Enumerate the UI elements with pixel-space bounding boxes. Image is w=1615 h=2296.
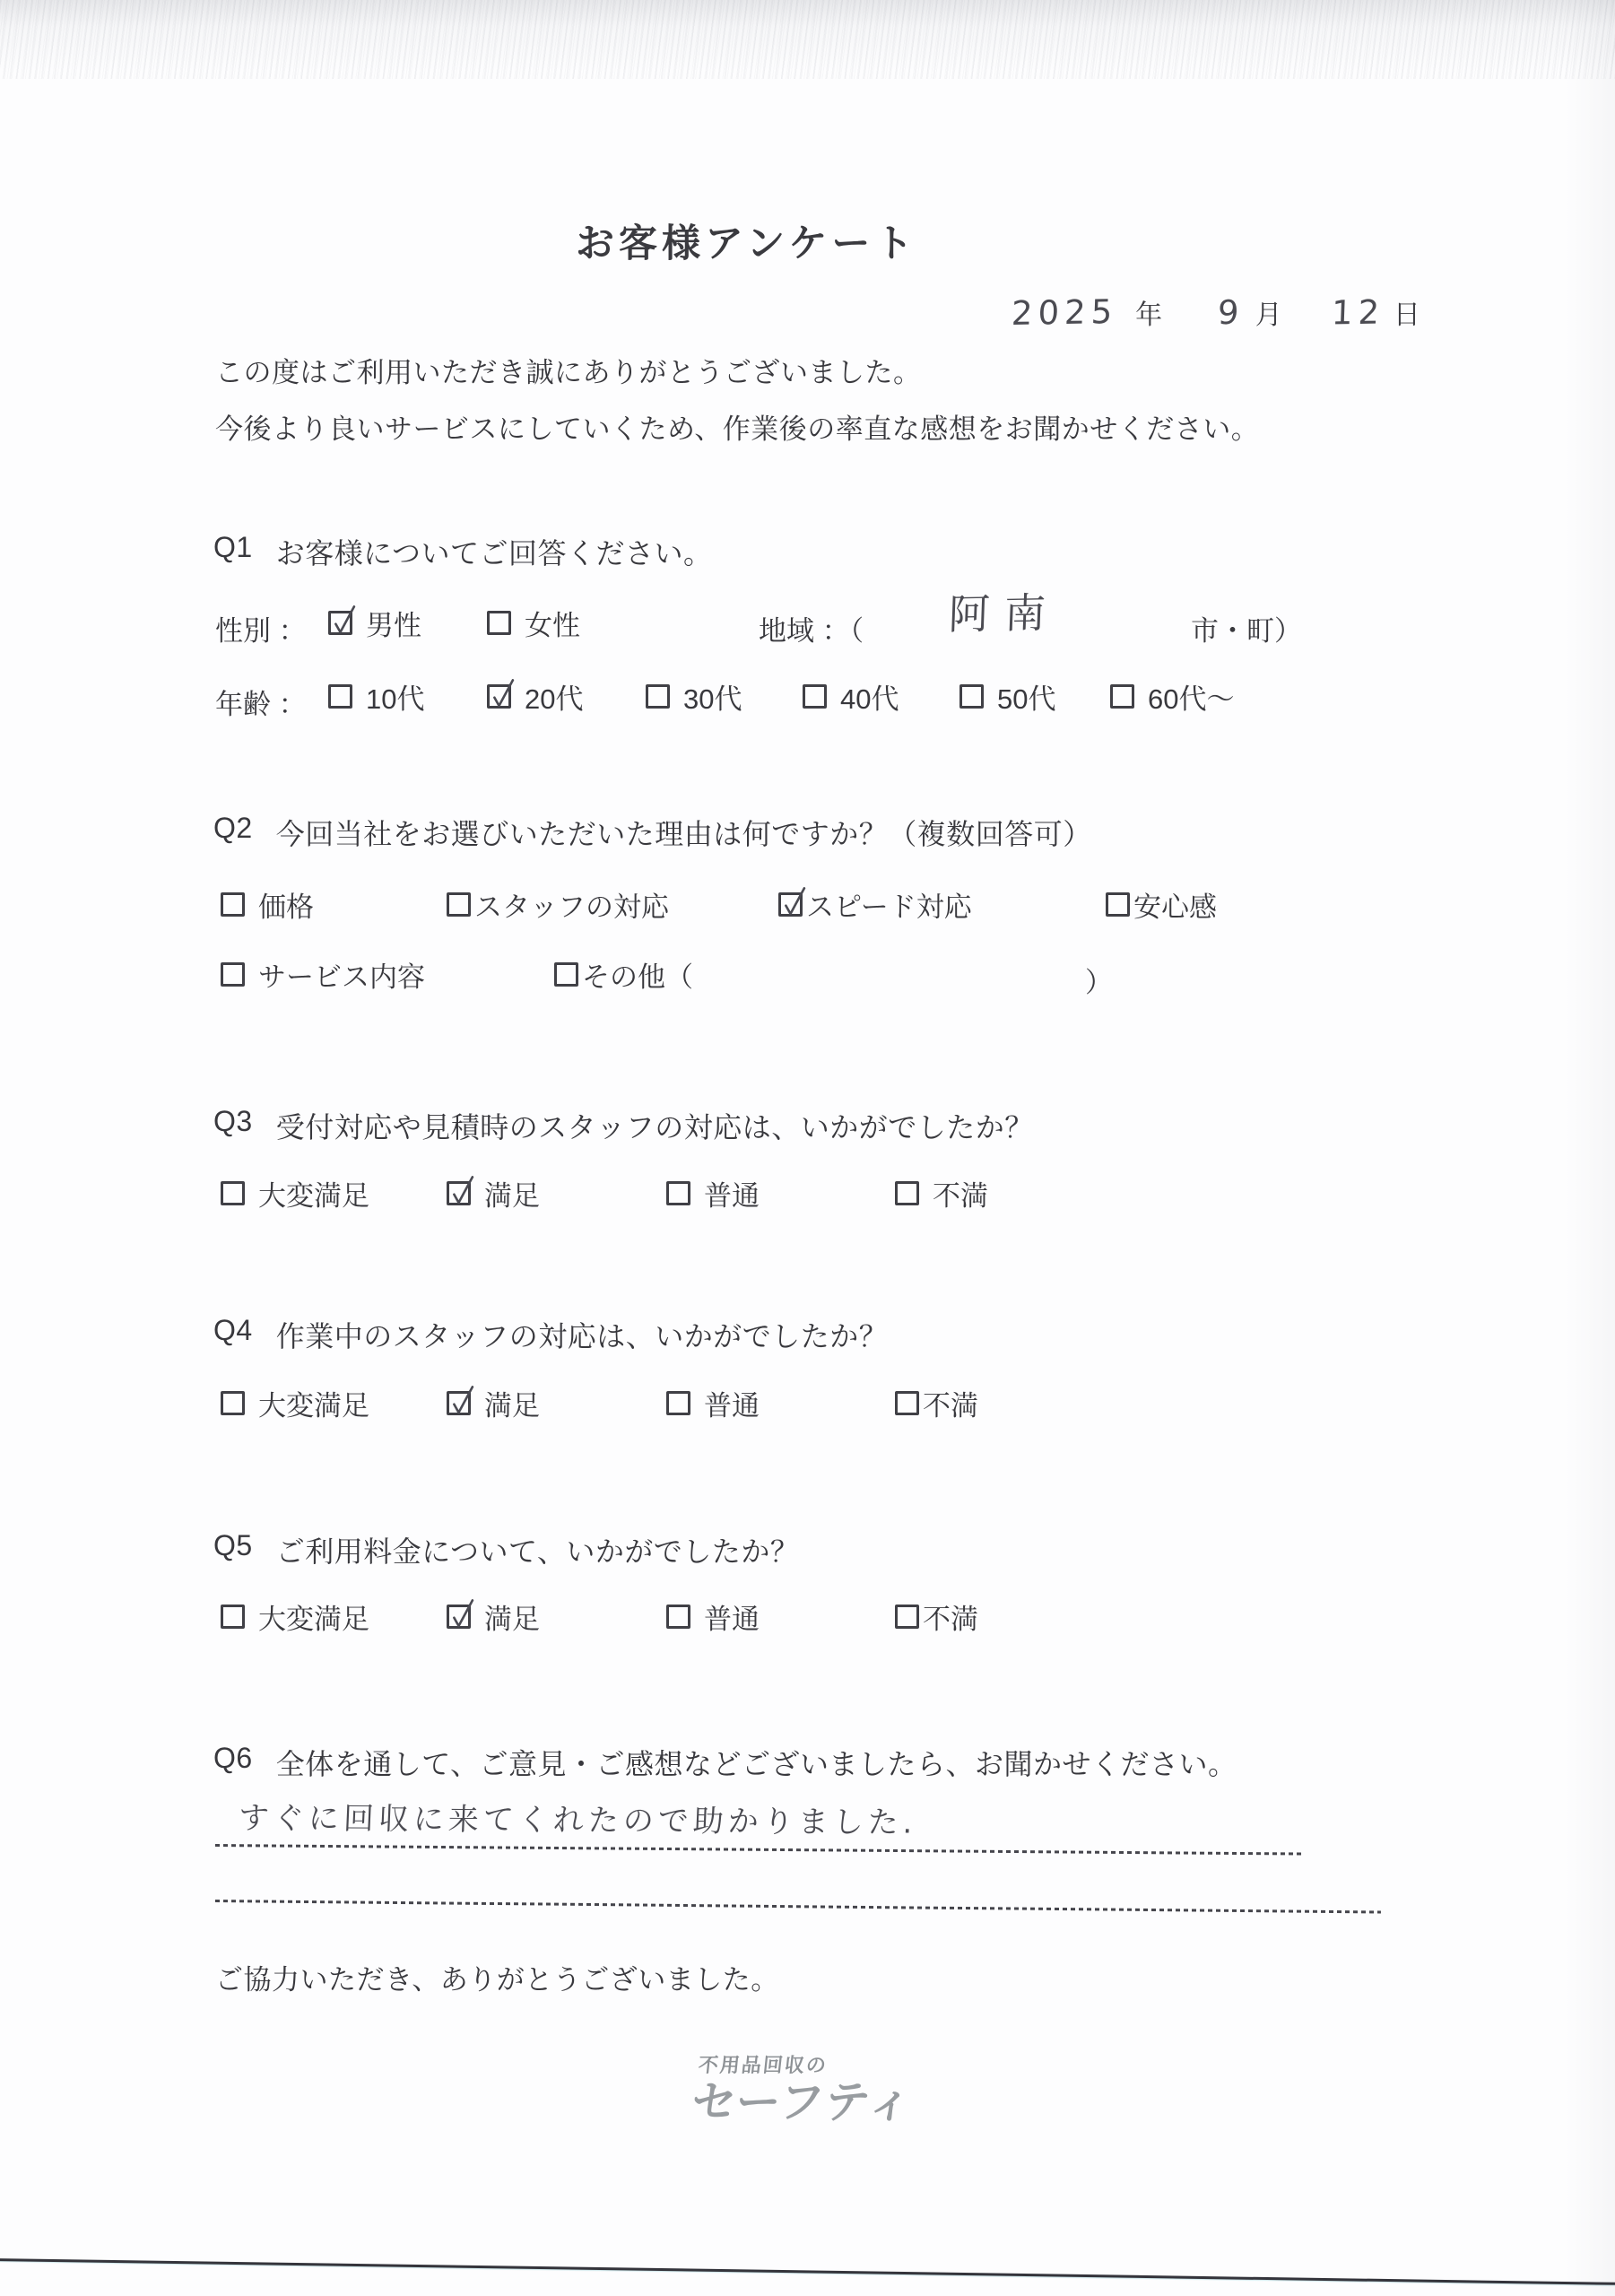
- q5-satisfied-label: 満足: [484, 1596, 540, 1637]
- scan-paper-edge: [0, 2258, 1615, 2285]
- q2-speed-checkbox[interactable]: [778, 892, 803, 917]
- page-title: お客様アンケート: [576, 213, 917, 268]
- q5-text: ご利用料金について、いかがでしたか？: [276, 1529, 800, 1570]
- q4-number: Q4: [213, 1314, 253, 1355]
- q5-option-satisfied: 満足: [447, 1596, 540, 1637]
- q2-option-trust: 安心感: [1106, 884, 1217, 925]
- q4-option-satisfied: 満足: [447, 1383, 540, 1423]
- q6-answer-line-2[interactable]: [215, 1900, 1381, 1913]
- q3-very-satisfied-checkbox[interactable]: [221, 1181, 245, 1205]
- q3-option-dissatisfied: 不満: [895, 1173, 988, 1213]
- q3-dissatisfied-checkbox[interactable]: [895, 1181, 919, 1205]
- q5-dissatisfied-checkbox[interactable]: [895, 1605, 919, 1629]
- checkmark-icon: [327, 604, 360, 640]
- q6-handwritten-answer: すぐに回収に来てくれたので助かりました.: [238, 1793, 918, 1841]
- date-month-value: 9: [1217, 293, 1245, 333]
- closing-text: ご協力いただき、ありがとうございました。: [215, 1957, 779, 1997]
- q5-heading: Q5 ご利用料金について、いかがでしたか？: [213, 1529, 799, 1570]
- q2-heading: Q2 今回当社をお選びいただいた理由は何ですか？（複数回答可）: [213, 812, 1092, 853]
- q6-heading: Q6 全体を通して、ご意見・ご感想などございましたら、お聞かせください。: [213, 1742, 1237, 1783]
- date-year-value: 2025: [1011, 292, 1118, 333]
- age-label: 年齢 ：: [215, 682, 307, 722]
- q4-dissatisfied-label: 不満: [923, 1383, 978, 1423]
- q4-text: 作業中のスタッフの対応は、いかがでしたか？: [276, 1314, 889, 1355]
- q2-option-price: 価格: [221, 884, 314, 925]
- age-40s-checkbox[interactable]: [803, 684, 827, 709]
- q2-number: Q2: [213, 812, 253, 853]
- q6-number: Q6: [213, 1742, 253, 1783]
- q5-satisfied-checkbox[interactable]: [447, 1605, 471, 1629]
- q3-option-satisfied: 満足: [447, 1173, 540, 1213]
- q2-other-label: その他（: [582, 954, 693, 995]
- q3-option-neutral: 普通: [666, 1173, 760, 1213]
- age-20s-label: 20代: [525, 676, 583, 717]
- survey-date: 2025 年 9 月 12 日: [1012, 292, 1420, 332]
- q2-staff-label: スタッフの対応: [474, 884, 669, 925]
- q3-dissatisfied-label: 不満: [933, 1173, 988, 1213]
- date-day-value: 12: [1331, 292, 1385, 332]
- age-40s-label: 40代: [840, 676, 899, 717]
- q3-satisfied-label: 満足: [484, 1173, 540, 1213]
- q5-neutral-checkbox[interactable]: [666, 1605, 690, 1629]
- q4-heading: Q4 作業中のスタッフの対応は、いかがでしたか？: [213, 1314, 888, 1355]
- q5-dissatisfied-label: 不満: [923, 1596, 978, 1637]
- q5-option-neutral: 普通: [666, 1596, 760, 1637]
- q2-price-label: 価格: [258, 884, 314, 925]
- q2-staff-checkbox[interactable]: [447, 892, 471, 917]
- q4-very-satisfied-checkbox[interactable]: [221, 1391, 245, 1415]
- q3-neutral-checkbox[interactable]: [666, 1181, 690, 1205]
- age-option-50s: 50代: [959, 676, 1055, 717]
- checkmark-icon: [777, 885, 811, 922]
- age-50s-label: 50代: [997, 676, 1055, 717]
- scan-noise-band: [0, 0, 1615, 79]
- intro-line-2: 今後より良いサービスにしていくため、作業後の率直な感想をお聞かせください。: [215, 406, 1259, 447]
- q5-very-satisfied-checkbox[interactable]: [221, 1605, 245, 1629]
- q3-number: Q3: [213, 1105, 253, 1146]
- q3-text: 受付対応や見積時のスタッフの対応は、いかがでしたか？: [276, 1105, 1034, 1146]
- q2-trust-label: 安心感: [1133, 884, 1217, 925]
- q2-option-staff: スタッフの対応: [447, 884, 669, 925]
- q2-speed-label: スピード対応: [806, 884, 972, 925]
- age-50s-checkbox[interactable]: [959, 684, 984, 709]
- age-option-40s: 40代: [803, 676, 899, 717]
- q5-option-dissatisfied: 不満: [895, 1596, 978, 1637]
- q3-satisfied-checkbox[interactable]: [447, 1181, 471, 1205]
- q3-neutral-label: 普通: [704, 1173, 760, 1213]
- region-handwritten-value: 阿南: [948, 580, 1061, 641]
- date-year-unit: 年: [1135, 292, 1162, 332]
- q4-option-dissatisfied: 不満: [895, 1383, 978, 1423]
- checkmark-icon: [446, 1384, 479, 1421]
- checkmark-icon: [446, 1174, 479, 1211]
- gender-option-female: 女性: [487, 603, 580, 643]
- scan-edge-shade: [1566, 0, 1615, 2296]
- q2-service-checkbox[interactable]: [221, 962, 245, 987]
- survey-form-scan: お客様アンケート 2025 年 9 月 12 日 この度はご利用いただき誠にあり…: [0, 0, 1615, 2296]
- q4-option-very-satisfied: 大変満足: [221, 1383, 369, 1423]
- age-option-60s: 60代～: [1110, 676, 1234, 717]
- age-option-30s: 30代: [646, 676, 742, 717]
- checkmark-icon: [446, 1597, 479, 1634]
- q2-option-other: その他（: [554, 954, 693, 995]
- q2-price-checkbox[interactable]: [221, 892, 245, 917]
- q3-very-satisfied-label: 大変満足: [258, 1173, 369, 1213]
- q4-neutral-checkbox[interactable]: [666, 1391, 690, 1415]
- q5-number: Q5: [213, 1529, 253, 1570]
- q2-option-speed: スピード対応: [778, 884, 972, 925]
- q6-answer-line-1[interactable]: [215, 1844, 1302, 1856]
- q1-text: お客様についてご回答ください。: [276, 531, 713, 572]
- region-suffix: 市・町）: [1191, 608, 1302, 648]
- date-day-unit: 日: [1394, 292, 1420, 332]
- gender-male-checkbox[interactable]: [328, 611, 352, 635]
- q4-very-satisfied-label: 大変満足: [258, 1383, 369, 1423]
- q5-very-satisfied-label: 大変満足: [258, 1596, 369, 1637]
- q6-text: 全体を通して、ご意見・ご感想などございましたら、お聞かせください。: [276, 1742, 1237, 1783]
- date-month-unit: 月: [1255, 292, 1282, 332]
- q2-trust-checkbox[interactable]: [1106, 892, 1130, 917]
- gender-option-male: 男性: [328, 603, 421, 643]
- q2-option-service: サービス内容: [221, 954, 425, 995]
- q1-heading: Q1 お客様についてご回答ください。: [213, 531, 713, 572]
- age-10s-checkbox[interactable]: [328, 684, 352, 709]
- region-label: 地域 ：（: [759, 608, 864, 648]
- company-logo: セーフティ: [689, 2066, 917, 2131]
- q2-other-close-paren: ）: [1085, 960, 1113, 1000]
- age-30s-checkbox[interactable]: [646, 684, 670, 709]
- q2-service-label: サービス内容: [258, 954, 425, 995]
- q5-option-very-satisfied: 大変満足: [221, 1596, 369, 1637]
- q1-number: Q1: [213, 531, 253, 572]
- age-option-20s: 20代: [487, 676, 583, 717]
- gender-female-label: 女性: [525, 603, 580, 643]
- age-60s-checkbox[interactable]: [1110, 684, 1134, 709]
- q4-satisfied-label: 満足: [484, 1383, 540, 1423]
- age-option-10s: 10代: [328, 676, 424, 717]
- q4-option-neutral: 普通: [666, 1383, 760, 1423]
- q2-other-checkbox[interactable]: [554, 962, 578, 987]
- gender-female-checkbox[interactable]: [487, 611, 511, 635]
- q3-heading: Q3 受付対応や見積時のスタッフの対応は、いかがでしたか？: [213, 1105, 1034, 1146]
- q2-text: 今回当社をお選びいただいた理由は何ですか？（複数回答可）: [276, 812, 1092, 853]
- age-10s-label: 10代: [366, 676, 424, 717]
- gender-label: 性別 ：: [215, 608, 307, 648]
- q5-neutral-label: 普通: [704, 1596, 760, 1637]
- q4-dissatisfied-checkbox[interactable]: [895, 1391, 919, 1415]
- checkmark-icon: [486, 677, 519, 714]
- q4-satisfied-checkbox[interactable]: [447, 1391, 471, 1415]
- q4-neutral-label: 普通: [704, 1383, 760, 1423]
- gender-male-label: 男性: [366, 603, 421, 643]
- q3-option-very-satisfied: 大変満足: [221, 1173, 369, 1213]
- age-60s-label: 60代～: [1148, 676, 1234, 717]
- age-20s-checkbox[interactable]: [487, 684, 511, 709]
- intro-line-1: この度はご利用いただき誠にありがとうございました。: [215, 350, 922, 390]
- age-30s-label: 30代: [683, 676, 742, 717]
